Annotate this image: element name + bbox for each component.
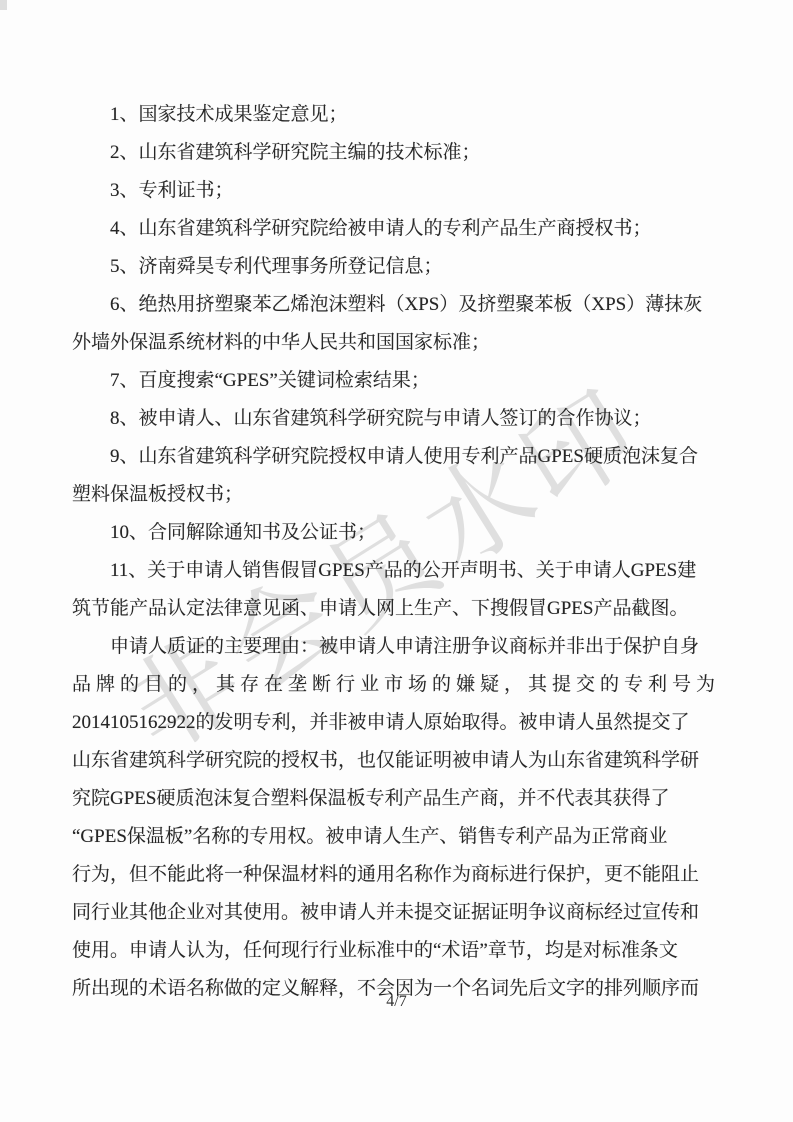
text-line: 3、专利证书；: [72, 172, 722, 210]
text-line: 6、绝热用挤塑聚苯乙烯泡沫塑料（XPS）及挤塑聚苯板（XPS）薄抹灰: [72, 286, 722, 324]
text-line: 11、关于申请人销售假冒GPES产品的公开声明书、关于申请人GPES建: [72, 552, 722, 590]
document-body: 1、国家技术成果鉴定意见；2、山东省建筑科学研究院主编的技术标准；3、专利证书；…: [72, 96, 722, 1008]
text-line: 8、被申请人、山东省建筑科学研究院与申请人签订的合作协议；: [72, 400, 722, 438]
text-line: 外墙外保温系统材料的中华人民共和国国家标准；: [72, 324, 722, 362]
text-line: 品牌的目的，其存在垄断行业市场的嫌疑，其提交的专利号为: [72, 666, 722, 704]
text-line: 2014105162922的发明专利，并非被申请人原始取得。被申请人虽然提交了: [72, 704, 722, 742]
text-line: 5、济南舜昊专利代理事务所登记信息；: [72, 248, 722, 286]
text-line: 1、国家技术成果鉴定意见；: [72, 96, 722, 134]
text-line: 塑料保温板授权书；: [72, 476, 722, 514]
text-line: 9、山东省建筑科学研究院授权申请人使用专利产品GPES硬质泡沫复合: [72, 438, 722, 476]
text-line: 2、山东省建筑科学研究院主编的技术标准；: [72, 134, 722, 172]
text-line: 10、合同解除通知书及公证书；: [72, 514, 722, 552]
page-number: 4/7: [0, 991, 793, 1013]
text-line: “GPES保温板”名称的专用权。被申请人生产、销售专利产品为正常商业: [72, 818, 722, 856]
text-line: 山东省建筑科学研究院的授权书，也仅能证明被申请人为山东省建筑科学研: [72, 742, 722, 780]
text-line: 究院GPES硬质泡沫复合塑料保温板专利产品生产商，并不代表其获得了: [72, 780, 722, 818]
document-page: 非会员水印 1、国家技术成果鉴定意见；2、山东省建筑科学研究院主编的技术标准；3…: [0, 0, 793, 1122]
text-line: 同行业其他企业对其使用。被申请人并未提交证据证明争议商标经过宣传和: [72, 894, 722, 932]
text-line: 筑节能产品认定法律意见函、申请人网上生产、下搜假冒GPES产品截图。: [72, 590, 722, 628]
text-line: 申请人质证的主要理由：被申请人申请注册争议商标并非出于保护自身: [72, 628, 722, 666]
text-line: 行为，但不能此将一种保温材料的通用名称作为商标进行保护，更不能阻止: [72, 856, 722, 894]
text-line: 7、百度搜索“GPES”关键词检索结果；: [72, 362, 722, 400]
text-line: 使用。申请人认为，任何现行行业标准中的“术语”章节，均是对标准条文: [72, 932, 722, 970]
scan-artifact: [0, 0, 7, 10]
text-line: 4、山东省建筑科学研究院给被申请人的专利产品生产商授权书；: [72, 210, 722, 248]
